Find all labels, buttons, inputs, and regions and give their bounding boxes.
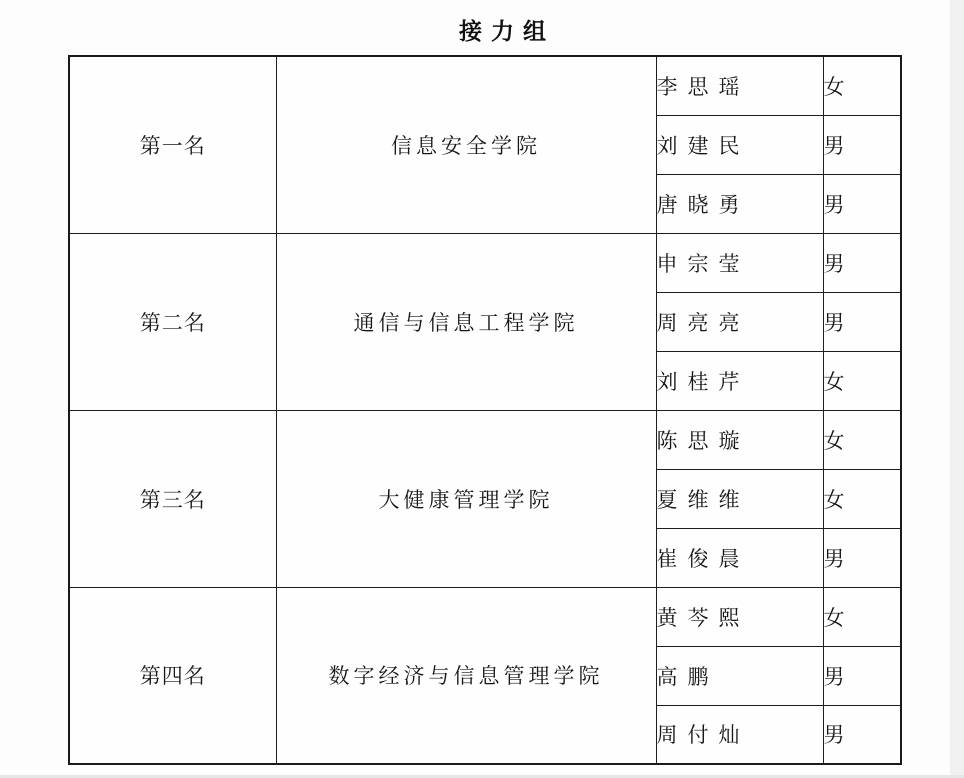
member-name-cell: 李思瑶	[656, 56, 823, 115]
member-gender-cell: 男	[823, 292, 901, 351]
member-name-cell: 陈思璇	[656, 410, 823, 469]
member-name-cell: 黄芩熙	[656, 587, 823, 646]
member-gender-cell: 女	[823, 587, 901, 646]
rank-cell: 第三名	[69, 410, 276, 587]
member-gender-cell: 男	[823, 233, 901, 292]
member-name-cell: 申宗莹	[656, 233, 823, 292]
college-cell: 信息安全学院	[276, 56, 656, 233]
college-cell: 通信与信息工程学院	[276, 233, 656, 410]
relay-results-table: 第一名 信息安全学院 李思瑶 女 刘建民 男 唐晓勇 男 第二名 通信与信息工程…	[68, 55, 902, 765]
page-edge-right	[950, 0, 964, 778]
member-name-cell: 周亮亮	[656, 292, 823, 351]
member-gender-cell: 男	[823, 174, 901, 233]
document-page: 接力组 第一名 信息安全学院 李思瑶 女 刘建民 男 唐晓勇 男	[0, 0, 964, 778]
member-name-cell: 高鹏	[656, 646, 823, 705]
table-row: 第一名 信息安全学院 李思瑶 女	[69, 56, 901, 115]
member-gender-cell: 男	[823, 705, 901, 764]
rank-cell: 第二名	[69, 233, 276, 410]
member-gender-cell: 女	[823, 410, 901, 469]
rank-cell: 第一名	[69, 56, 276, 233]
college-cell: 数字经济与信息管理学院	[276, 587, 656, 764]
member-gender-cell: 男	[823, 646, 901, 705]
member-name-cell: 崔俊晨	[656, 528, 823, 587]
member-name-cell: 刘桂芹	[656, 351, 823, 410]
table-row: 第二名 通信与信息工程学院 申宗莹 男	[69, 233, 901, 292]
member-name-cell: 刘建民	[656, 115, 823, 174]
member-gender-cell: 女	[823, 351, 901, 410]
member-name-cell: 唐晓勇	[656, 174, 823, 233]
page-title: 接力组	[68, 13, 900, 46]
member-name-cell: 周付灿	[656, 705, 823, 764]
member-gender-cell: 男	[823, 528, 901, 587]
member-name-cell: 夏维维	[656, 469, 823, 528]
member-gender-cell: 女	[823, 56, 901, 115]
college-cell: 大健康管理学院	[276, 410, 656, 587]
member-gender-cell: 女	[823, 469, 901, 528]
rank-cell: 第四名	[69, 587, 276, 764]
table-row: 第四名 数字经济与信息管理学院 黄芩熙 女	[69, 587, 901, 646]
table-row: 第三名 大健康管理学院 陈思璇 女	[69, 410, 901, 469]
member-gender-cell: 男	[823, 115, 901, 174]
